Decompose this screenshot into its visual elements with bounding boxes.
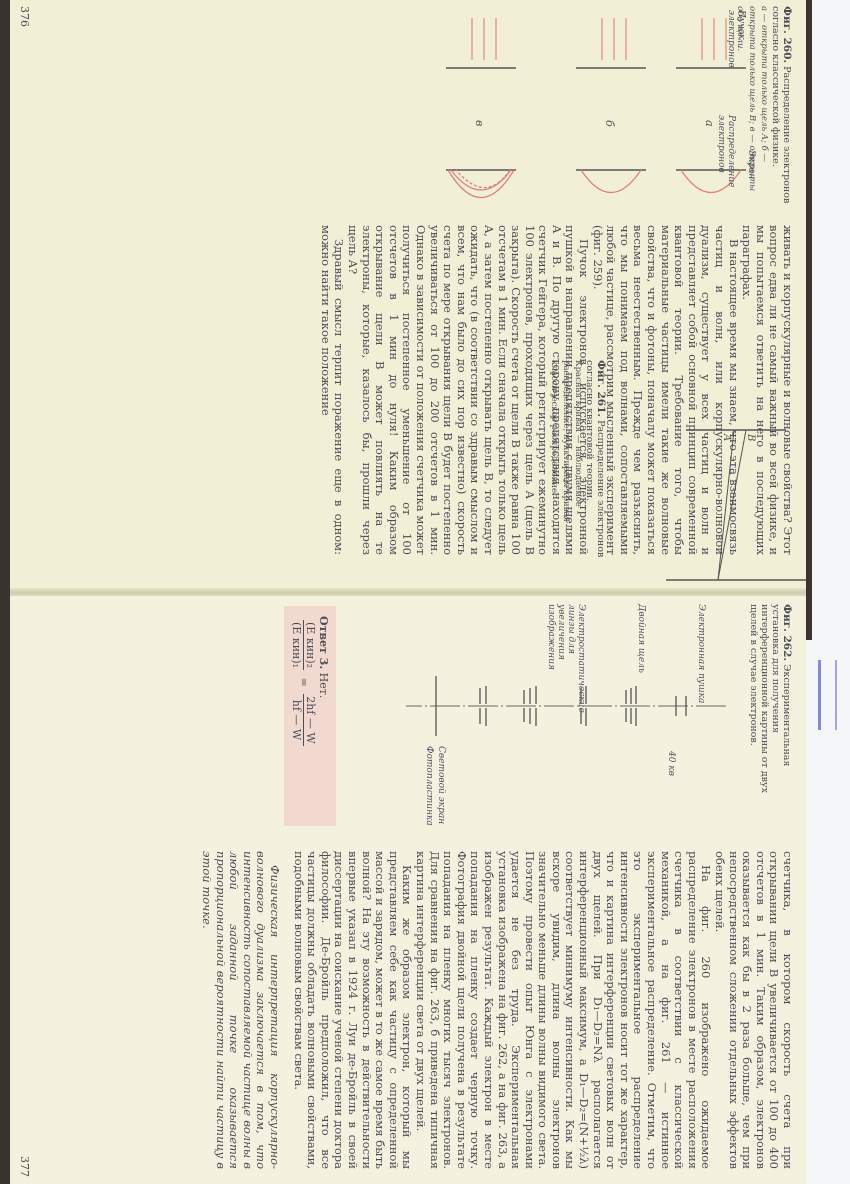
lenses-label: Электростатические линзы для увеличения … [546, 604, 586, 684]
voltage-label: 40 кв [666, 751, 676, 776]
page-number-377: 377 [18, 1156, 31, 1177]
panel-c-label: в [473, 120, 486, 126]
blue-mark [818, 660, 837, 730]
paragraph: На фиг. 260 изображено ожидаемое распред… [413, 851, 712, 1169]
right-body-text: счетчика, в котором скорость счета при о… [199, 851, 794, 1169]
answer-box: Ответ 3. Нет. (E кин)₂(E кин)₁ = 2hf — W… [284, 606, 336, 826]
italic-paragraph: Физическая интерпретация корпускулярно-в… [199, 851, 281, 1169]
fig260-title: Фиг. 260. [781, 6, 793, 63]
fig262-title: Фиг. 262. [781, 604, 793, 661]
screen-label: Экран [746, 150, 756, 179]
paragraph: Пучок электронов испускается электронной… [345, 225, 590, 555]
answer-text: Нет. [317, 673, 330, 699]
answer-label: Ответ 3. [317, 616, 330, 669]
scanner-bed [806, 0, 850, 1184]
paragraph: счетчика, в котором скорость счета при о… [712, 851, 794, 1169]
gun-label: Электронная пушка [696, 604, 706, 703]
fig262-caption: Фиг. 262. Экспериментальная установка дл… [748, 604, 792, 804]
distribution-label: Распределение электронов [716, 115, 736, 185]
beam-arrows [472, 18, 726, 60]
paragraph: Здравый смысл терпит поражение еще в одн… [318, 225, 345, 555]
book-spread: Фиг. 260. Распределение электронов согла… [10, 0, 806, 1184]
paragraph: В настоящее время мы знаем, что эта взаи… [590, 225, 740, 555]
page-376: Фиг. 260. Распределение электронов согла… [10, 0, 806, 590]
panel-b-label: б [603, 120, 616, 127]
photoplate-label: Фотопластинка [424, 746, 434, 826]
paragraph: Каким же образом электрон, который мы пр… [291, 851, 413, 1169]
beam-label: Пучок электронов [726, 10, 746, 70]
panel-a-label: а [703, 120, 716, 127]
page-377: Фиг. 262. Экспериментальная установка дл… [10, 596, 806, 1184]
double-slit-label: Двойная щель [636, 604, 646, 673]
scanner-edge-left [0, 0, 10, 1184]
light-screen-label: Световой экран [436, 746, 446, 824]
paragraph: живать и корпускулярные и волновые свойс… [740, 225, 794, 555]
left-body-text: живать и корпускулярные и волновые свойс… [318, 225, 794, 555]
page-number-376: 376 [18, 6, 31, 27]
book-edge-shadow [806, 0, 812, 640]
fig260-diagram: а б в [356, 0, 736, 230]
